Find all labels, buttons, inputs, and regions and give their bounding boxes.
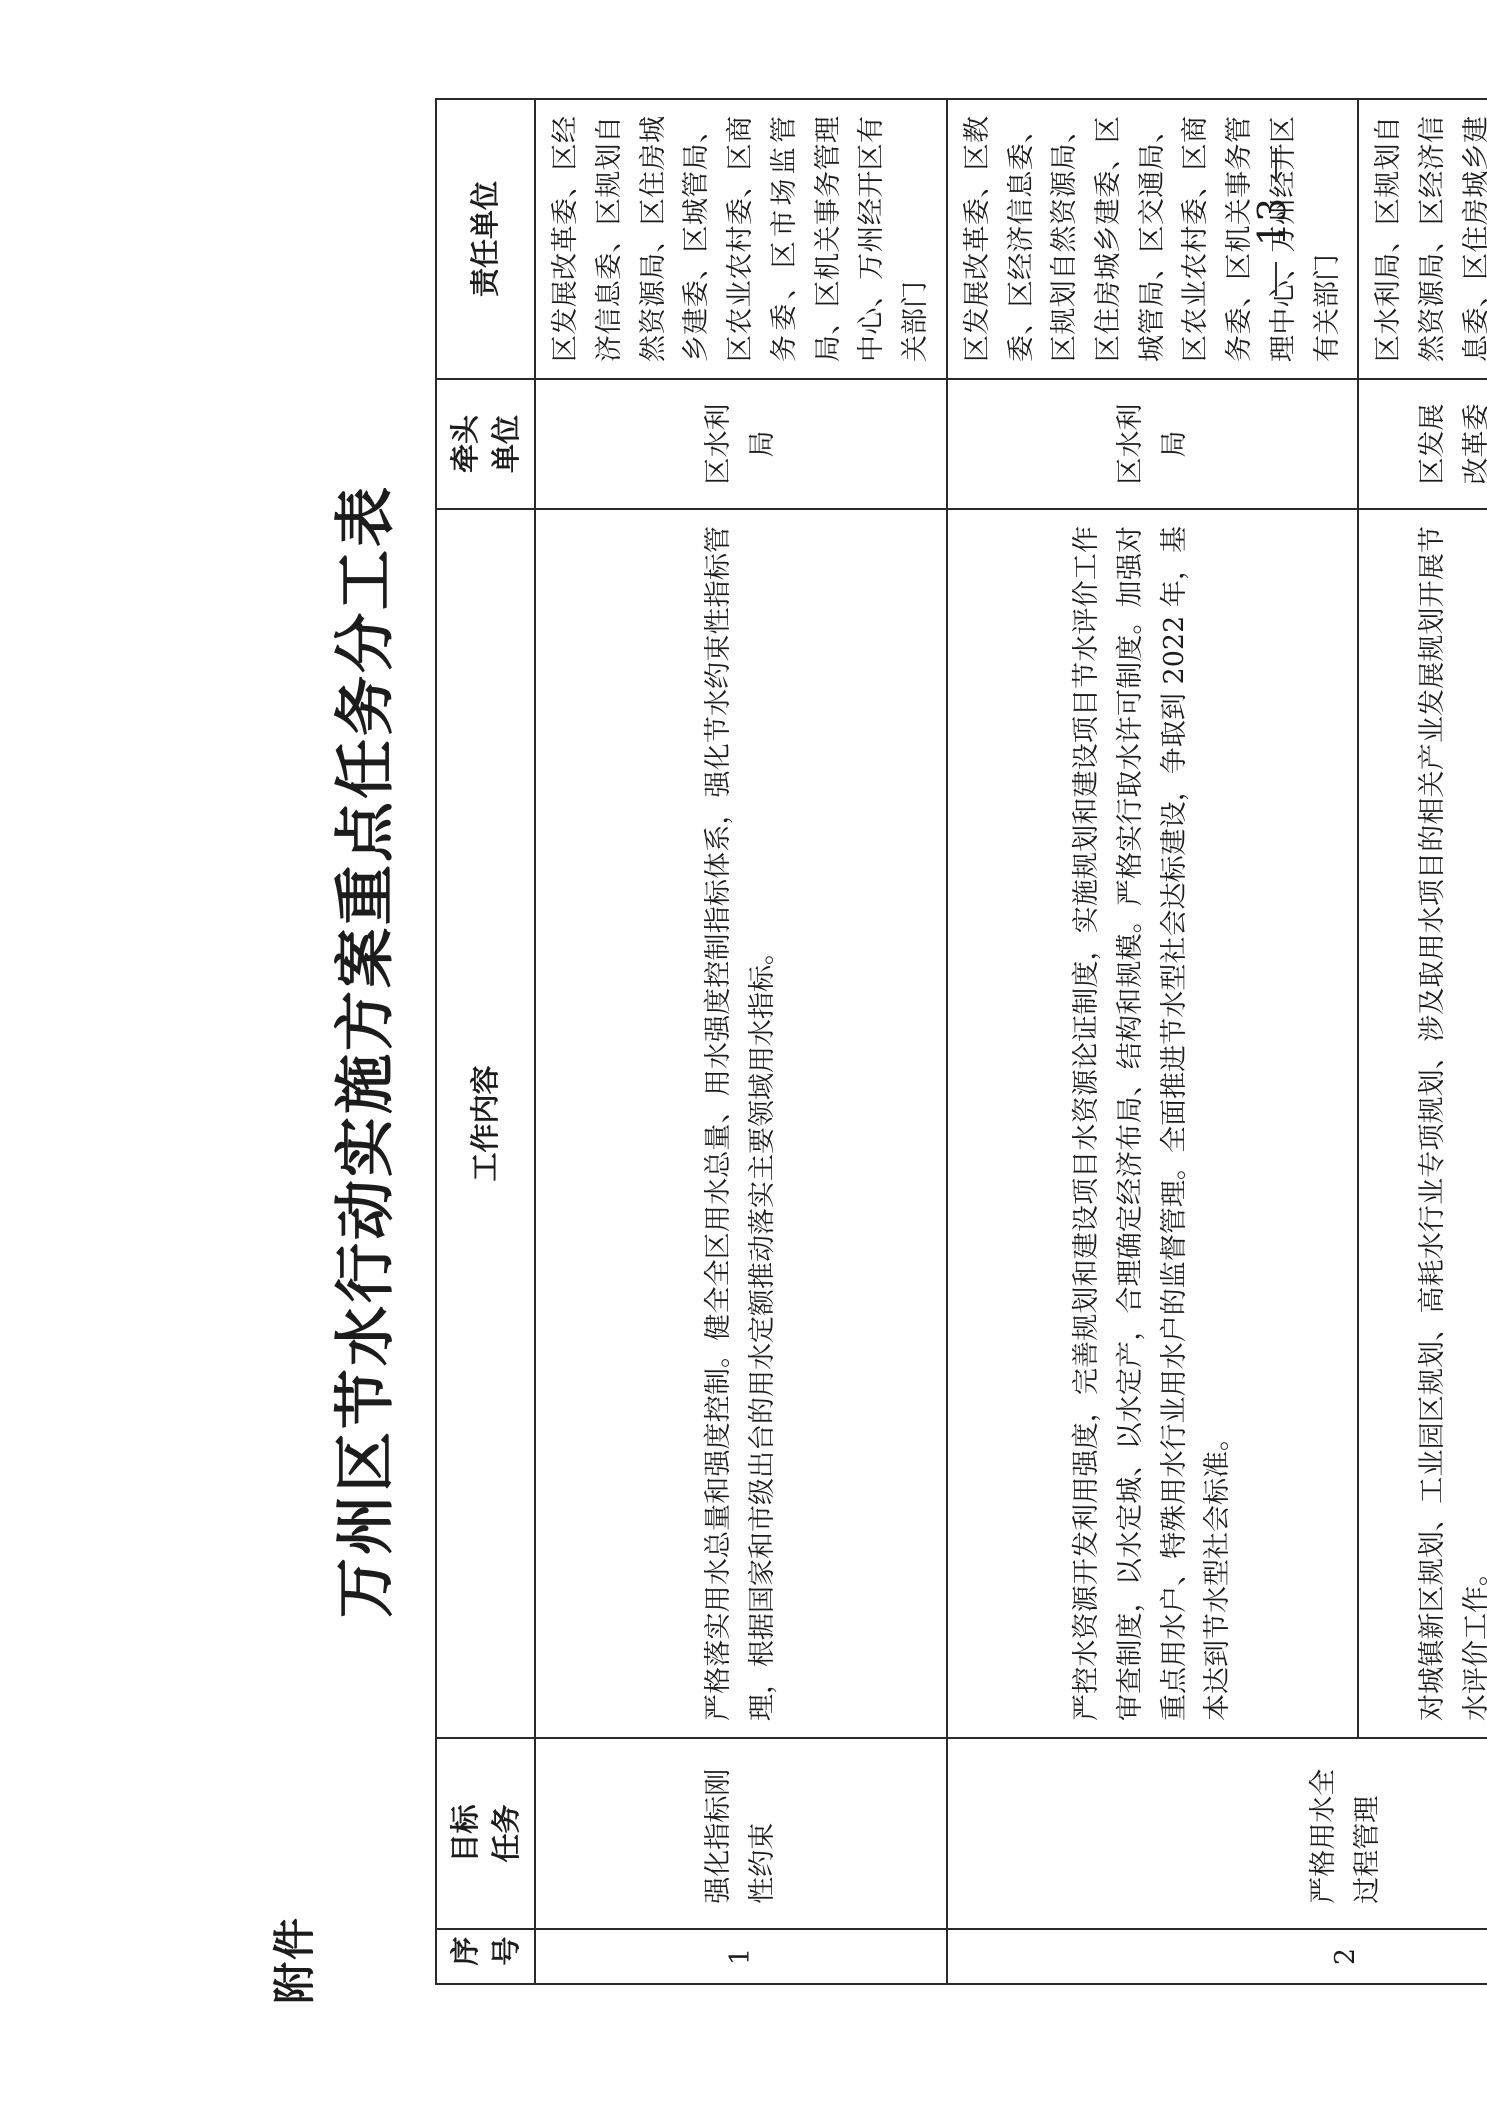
cell-lead: 区水利局 (947, 379, 1359, 509)
table-header-row: 序号 目标任务 工作内容 牵头单位 责任单位 (436, 99, 535, 1984)
page-number-value: 13 (1250, 198, 1294, 246)
document-title: 万州区节水行动实施方案重点任务分工表 (318, 0, 404, 2102)
header-content: 工作内容 (436, 509, 535, 1738)
task-allocation-table: 序号 目标任务 工作内容 牵头单位 责任单位 1 强化指标刚性约束 严格落实用水… (435, 98, 1487, 1985)
cell-responsible: 区发展改革委、区经济信息委、区规划自然资源局、区住房城乡建委、区城管局、区农业农… (535, 99, 947, 379)
cell-content: 严控水资源开发利用强度，完善规划和建设项目水资源论证制度，实施规划和建设项目节水… (947, 509, 1359, 1738)
cell-content: 对城镇新区规划、工业园区规划、高耗水行业专项规划、涉及取用水项目的相关产业发展规… (1358, 509, 1487, 1738)
page-number: 13 (1250, 72, 1294, 372)
table-row: 2 严格用水全过程管理 严控水资源开发利用强度，完善规划和建设项目水资源论证制度… (947, 99, 1359, 1984)
attachment-label: 附件 (262, 1916, 322, 2004)
cell-content: 严格落实用水总量和强度控制。健全全区用水总量、用水强度控制指标体系，强化节水约束… (535, 509, 947, 1738)
header-responsible: 责任单位 (436, 99, 535, 379)
cell-seq: 2 (947, 1929, 1487, 1984)
table-row: 1 强化指标刚性约束 严格落实用水总量和强度控制。健全全区用水总量、用水强度控制… (535, 99, 947, 1984)
header-seq: 序号 (436, 1929, 535, 1984)
cell-seq: 1 (535, 1929, 947, 1984)
dash-right (1275, 148, 1277, 182)
cell-target: 严格用水全过程管理 (947, 1738, 1487, 1929)
cell-lead: 区水利局 (535, 379, 947, 509)
cell-lead: 区发展改革委 (1358, 379, 1487, 509)
dash-left (1275, 262, 1277, 296)
table-row: 对城镇新区规划、工业园区规划、高耗水行业专项规划、涉及取用水项目的相关产业发展规… (1358, 99, 1487, 1984)
cell-responsible: 区水利局、区规划自然资源局、区经济信息委、区住房城乡建委 (1358, 99, 1487, 379)
cell-responsible: 区发展改革委、区教委、区经济信息委、区规划自然资源局、区住房城乡建委、区城管局、… (947, 99, 1359, 379)
document-page: 附件 万州区节水行动实施方案重点任务分工表 序号 目标任务 工作内容 牵头单位 … (0, 0, 1487, 2102)
header-target: 目标任务 (436, 1738, 535, 1929)
cell-target: 强化指标刚性约束 (535, 1738, 947, 1929)
header-lead: 牵头单位 (436, 379, 535, 509)
